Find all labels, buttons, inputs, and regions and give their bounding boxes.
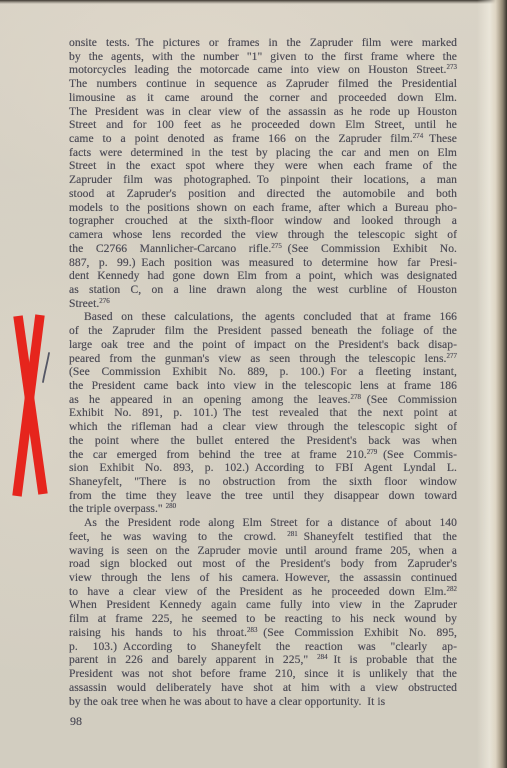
text-block: onsite tests. The pictures or frames in … bbox=[69, 36, 457, 708]
text-line: as he appeared in an opening among the l… bbox=[69, 393, 457, 407]
text-line: Zapruder film was photographed. To pinpo… bbox=[69, 173, 457, 187]
text-line: large oak tree and the point of impact o… bbox=[69, 338, 457, 352]
text-line: came to a point denoted as frame 166 on … bbox=[69, 132, 457, 146]
text-line: feet, he was waving to the crowd. 281 Sh… bbox=[69, 530, 457, 544]
text-line: tographer crouched at the sixth-floor wi… bbox=[69, 214, 457, 228]
text-line: by the oak tree when he was about to hav… bbox=[69, 695, 457, 709]
footnote-ref: 281 bbox=[287, 530, 298, 538]
text-line: waving is seen on the Zapruder movie unt… bbox=[69, 544, 457, 558]
text-line: as station C, on a line drawn along the … bbox=[69, 283, 457, 297]
text-line: Street and for 100 feet as he proceeded … bbox=[69, 118, 457, 132]
text-line: peared from the gunman's view as seen th… bbox=[69, 352, 457, 366]
text-line: of the Zapruder film the President passe… bbox=[69, 324, 457, 338]
text-line: limousine as it came around the corner a… bbox=[69, 91, 457, 105]
footnote-ref: 275 bbox=[271, 242, 282, 250]
page-top-edge-shadow bbox=[0, 0, 507, 4]
text-line: 887, p. 99.) Each position was measured … bbox=[69, 256, 457, 270]
text-line: camera whose lens recorded the view thro… bbox=[69, 228, 457, 242]
text-line: the point where the bullet entered the P… bbox=[69, 434, 457, 448]
text-line: Street.276 bbox=[69, 297, 457, 311]
text-line: models to the positions shown on each fr… bbox=[69, 201, 457, 215]
text-line: to have a clear view of the President as… bbox=[69, 585, 457, 599]
text-line: When President Kennedy again came fully … bbox=[69, 598, 457, 612]
text-line: dent Kennedy had gone down Elm from a po… bbox=[69, 269, 457, 283]
text-line: the President came back into view in the… bbox=[69, 379, 457, 393]
paragraph: As the President rode along Elm Street f… bbox=[69, 516, 457, 708]
text-line: assassin would deliberately have shot at… bbox=[69, 681, 457, 695]
text-line: from the time they leave the tree until … bbox=[69, 489, 457, 503]
footnote-ref: 280 bbox=[166, 502, 177, 510]
red-x-mark-stroke-2 bbox=[17, 315, 40, 496]
text-line: facts were determined in the test by pla… bbox=[69, 146, 457, 160]
footnote-ref: 279 bbox=[367, 448, 378, 456]
text-line: view through the lens of his camera. How… bbox=[69, 571, 457, 585]
text-line: the car emerged from behind the tree at … bbox=[69, 448, 457, 462]
text-line: motorcycles leading the motorcade came i… bbox=[69, 63, 457, 77]
scanned-book-page: onsite tests. The pictures or frames in … bbox=[0, 0, 507, 768]
text-line: President was not shot before frame 210,… bbox=[69, 667, 457, 681]
text-line: road sign blocked out most of the Presid… bbox=[69, 557, 457, 571]
text-line: sion Exhibit No. 893, p. 102.) According… bbox=[69, 461, 457, 475]
footnote-ref: 274 bbox=[413, 132, 424, 140]
paragraph: Based on these calculations, the agents … bbox=[69, 310, 457, 516]
text-line: The numbers continue in sequence as Zapr… bbox=[69, 77, 457, 91]
text-line: raising his hands to his throat.283 (See… bbox=[69, 626, 457, 640]
text-line: Exhibit No. 891, p. 101.) The test revea… bbox=[69, 406, 457, 420]
page-right-edge-shadow bbox=[477, 0, 507, 768]
text-line: p. 103.) According to Shaneyfelt the rea… bbox=[69, 640, 457, 654]
text-line: stood at Zapruder's position and directe… bbox=[69, 187, 457, 201]
page-number: 98 bbox=[70, 714, 82, 729]
footnote-ref: 282 bbox=[447, 585, 458, 593]
text-line: the triple overpass." 280 bbox=[69, 502, 457, 516]
pen-slash-mark bbox=[43, 353, 49, 382]
red-x-mark-stroke-1 bbox=[18, 316, 43, 494]
text-line: Street in the exact spot where they were… bbox=[69, 159, 457, 173]
text-line: The President was in clear view of the a… bbox=[69, 105, 457, 119]
text-line: by the agents, with the number "1" given… bbox=[69, 50, 457, 64]
text-line: which the rifleman had a clear view thro… bbox=[69, 420, 457, 434]
footnote-ref: 277 bbox=[447, 352, 458, 360]
text-line: Based on these calculations, the agents … bbox=[69, 310, 457, 324]
text-line: the C2766 Mannlicher-Carcano rifle.275 (… bbox=[69, 242, 457, 256]
text-line: As the President rode along Elm Street f… bbox=[69, 516, 457, 530]
text-line: Shaneyfelt, "There is no obstruction fro… bbox=[69, 475, 457, 489]
text-line: onsite tests. The pictures or frames in … bbox=[69, 36, 457, 50]
footnote-ref: 276 bbox=[99, 297, 110, 305]
text-line: parent in 226 and barely apparent in 225… bbox=[69, 653, 457, 667]
handwritten-annotations bbox=[6, 310, 56, 500]
paragraph: onsite tests. The pictures or frames in … bbox=[69, 36, 457, 310]
footnote-ref: 283 bbox=[247, 626, 258, 634]
footnote-ref: 273 bbox=[447, 63, 458, 71]
footnote-ref: 278 bbox=[350, 393, 361, 401]
text-line: (See Commission Exhibit No. 889, p. 100.… bbox=[69, 365, 457, 379]
footnote-ref: 284 bbox=[317, 653, 328, 661]
text-line: film at frame 225, he seemed to be react… bbox=[69, 612, 457, 626]
